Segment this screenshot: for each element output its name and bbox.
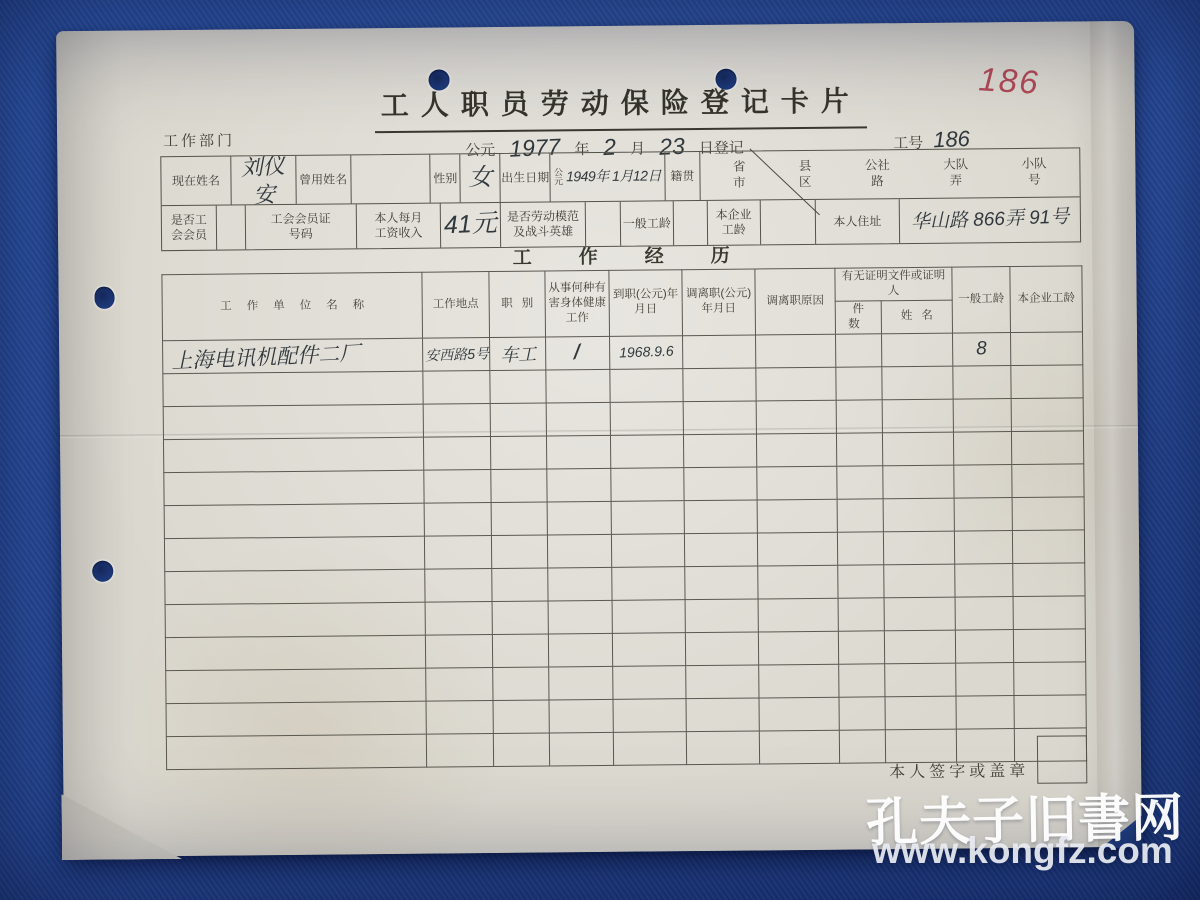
work-history-cell: [683, 335, 756, 369]
work-history-cell: [1013, 596, 1085, 630]
work-history-cell: [837, 466, 883, 499]
work-history-cell: [492, 601, 548, 635]
work-history-cell: [884, 630, 955, 664]
work-history-cell: [163, 437, 423, 472]
work-history-cell: [838, 631, 884, 664]
col-work-place: 工作地点: [422, 272, 490, 338]
work-history-cell: [759, 664, 839, 698]
work-history-cell: [549, 732, 613, 766]
work-history-cell: [424, 502, 491, 536]
work-history-cell: [758, 631, 838, 665]
work-history-cell: [1012, 497, 1084, 531]
origin-province-city: 省市: [733, 160, 746, 191]
col-general-seniority: 一般工龄: [952, 267, 1011, 333]
work-history-cell: [956, 695, 1014, 729]
work-history-cell: [164, 503, 424, 538]
work-department-label: 工作部门: [163, 129, 235, 151]
address-label: 本人住址: [815, 199, 900, 244]
seniority-value: [674, 201, 708, 245]
work-history-cell: [1013, 629, 1085, 663]
col-unit-name: 工作单位名称: [162, 272, 423, 340]
work-history-cell: [426, 733, 493, 767]
work-history-cell: [493, 700, 549, 734]
col-duty: 职别: [489, 271, 546, 337]
work-history-cell: [838, 565, 884, 598]
work-history-cell: [836, 334, 882, 367]
work-history-cell: 8: [952, 332, 1010, 366]
work-history-cell: [758, 565, 838, 599]
paper-fold-corner: [61, 793, 182, 860]
work-history-cell: [611, 467, 684, 501]
work-history-cell: [684, 533, 757, 567]
work-history-cell: [757, 466, 837, 500]
work-history-cell: /: [546, 336, 610, 370]
work-history-cell: [166, 701, 426, 736]
work-history-cell: [836, 367, 882, 400]
work-history-cell: [490, 436, 546, 470]
work-history-cell: [165, 635, 425, 670]
work-history-cell: [836, 400, 882, 433]
work-history-cell: [954, 464, 1012, 498]
punch-hole-icon: [92, 561, 113, 582]
work-history-cell: [758, 598, 838, 632]
model-worker-label: 是否劳动模范及战斗英雄: [501, 202, 586, 247]
work-history-cell: [684, 467, 757, 501]
work-history-table: 工作单位名称 工作地点 职别 从事何种有害身体健康工作 到职(公元)年月日 调离…: [161, 265, 1087, 770]
work-history-cell: [759, 697, 839, 731]
work-history-cell: [491, 469, 547, 503]
work-history-cell: [1013, 563, 1085, 597]
work-history-cell: [165, 569, 425, 604]
work-history-cell: [756, 433, 836, 467]
work-history-cell: [611, 533, 684, 567]
work-history-cell: [548, 600, 612, 634]
work-history-cell: [610, 434, 683, 468]
work-history-cell: [164, 536, 424, 571]
work-history-cell: [882, 366, 953, 400]
work-history-cell: [546, 369, 610, 403]
work-history-cell: [1010, 332, 1082, 366]
info-row-1: 现在姓名 刘仪安 曾用姓名 性别 女 出生日期 公元 1949年 1月12日 籍…: [161, 148, 1079, 206]
wage-value: 41元: [441, 203, 501, 248]
work-history-cell: [955, 563, 1013, 597]
work-history-cell: [757, 532, 837, 566]
work-history-cell: [683, 401, 756, 435]
work-history-cell: [491, 502, 547, 536]
work-history-cell: [685, 599, 758, 633]
col-proof-name: 姓名: [881, 300, 952, 334]
work-history-cell: [955, 596, 1013, 630]
work-history-cell: [612, 632, 685, 666]
punch-hole-icon: [95, 287, 115, 309]
work-history-cell: 安西路5号: [423, 337, 490, 371]
origin-commune-road: 公社路: [865, 159, 890, 190]
work-history-cell: [837, 532, 883, 565]
work-history-cell: [166, 734, 426, 769]
work-history-cell: [883, 531, 954, 565]
work-history-cell: [549, 699, 613, 733]
work-history-cell: [882, 333, 953, 367]
personal-info-table: 现在姓名 刘仪安 曾用姓名 性别 女 出生日期 公元 1949年 1月12日 籍…: [160, 147, 1081, 251]
work-history-cell: [613, 731, 686, 765]
work-history-cell: [425, 568, 492, 602]
work-history-cell: [548, 633, 612, 667]
work-history-cell: [686, 731, 759, 765]
work-history-cell: [1011, 431, 1083, 465]
union-member-label: 是否工会会员: [162, 206, 217, 251]
work-history-cell: [426, 700, 493, 734]
name-label: 现在姓名: [161, 157, 231, 206]
union-member-value: [217, 205, 246, 249]
work-history-cell: [546, 402, 610, 436]
work-history-cell: [425, 601, 492, 635]
birth-value: 公元 1949年 1月12日: [550, 152, 665, 201]
work-history-cell: [546, 435, 610, 469]
watermark-site-url: www.kongfz.com: [872, 830, 1173, 872]
work-history-cell: [493, 667, 549, 701]
work-history-cell: [756, 400, 836, 434]
work-history-cell: [953, 365, 1011, 399]
work-history-cell: [610, 368, 683, 402]
work-history-cell: [166, 668, 426, 703]
col-leave-reason: 调离职原因: [755, 268, 836, 335]
work-history-cell: [885, 696, 956, 730]
work-history-cell: [1011, 365, 1083, 399]
work-history-cell: [838, 598, 884, 631]
work-history-cell: [1012, 530, 1084, 564]
sex-label: 性别: [431, 154, 461, 202]
col-harmful-work: 从事何种有害身体健康工作: [545, 270, 610, 336]
work-history-cell: [490, 370, 546, 404]
work-history-cell: [685, 632, 758, 666]
origin-brigade-lane: 大队弄: [943, 158, 968, 189]
work-history-cell: [757, 499, 837, 533]
work-history-cell: [683, 434, 756, 468]
work-history-cell: [493, 733, 549, 767]
work-history-cell: [685, 566, 758, 600]
work-history-cell: [491, 535, 547, 569]
work-history-cell: [547, 534, 611, 568]
work-history-cell: [839, 697, 885, 730]
work-history-cell: [165, 602, 425, 637]
work-history-cell: [423, 403, 490, 437]
work-history-cell: [426, 667, 493, 701]
work-history-cell: [163, 404, 423, 439]
wage-label: 本人每月工资收入: [356, 204, 441, 249]
work-history-cell: [1014, 695, 1086, 729]
work-history-cell: [837, 499, 883, 532]
union-card-label: 工会会员证号码: [246, 204, 357, 249]
work-history-body: 上海电讯机配件二厂安西路5号车工/1968.9.68: [163, 332, 1087, 770]
company-seniority-label: 本企业工龄: [708, 200, 761, 245]
work-history-cell: [424, 469, 491, 503]
work-history-cell: [756, 334, 836, 368]
work-history-cell: [611, 500, 684, 534]
sex-value: 女: [461, 154, 501, 202]
col-proof-count: 件数: [835, 301, 881, 334]
work-history-cell: [839, 730, 885, 763]
work-history-cell: [759, 730, 839, 764]
name-value: 刘仪安: [231, 156, 296, 205]
work-history-cell: [612, 566, 685, 600]
photo-background: 工作部门 工人职员劳动保险登记卡片 公元 1977 年 2 月 23 日登记 工…: [0, 0, 1200, 900]
work-history-cell: [954, 530, 1012, 564]
work-history-cell: [1012, 464, 1084, 498]
work-history-cell: [423, 436, 490, 470]
work-history-cell: [164, 470, 424, 505]
work-history-cell: [423, 370, 490, 404]
red-corner-number: 186: [977, 60, 1040, 102]
work-history-cell: [547, 501, 611, 535]
work-history-cell: [882, 399, 953, 433]
work-history-cell: [884, 564, 955, 598]
col-leave-date: 调离职(公元)年月日: [682, 269, 756, 335]
work-history-cell: [613, 698, 686, 732]
work-history-cell: [492, 634, 548, 668]
work-history-cell: [953, 398, 1011, 432]
work-history-cell: [163, 371, 423, 406]
work-history-cell: [425, 634, 492, 668]
work-history-cell: [839, 664, 885, 697]
work-history-cell: [492, 568, 548, 602]
former-name-value: [351, 155, 431, 204]
work-history-cell: [954, 497, 1012, 531]
work-history-cell: [612, 599, 685, 633]
work-history-cell: [683, 368, 756, 402]
work-history-cell: 上海电讯机配件二厂: [163, 338, 423, 373]
origin-team-number: 小队号: [1022, 157, 1047, 188]
work-history-cell: [956, 662, 1014, 696]
work-history-cell: [1014, 662, 1086, 696]
address-value: 华山路 866弄 91号: [900, 197, 1080, 243]
work-history-cell: [549, 666, 613, 700]
work-history-cell: [953, 431, 1011, 465]
work-history-cell: [686, 698, 759, 732]
col-proof-group: 有无证明文件或证明人: [835, 267, 952, 301]
work-history-cell: [884, 597, 955, 631]
work-history-cell: [756, 367, 836, 401]
paper-crinkle: [1090, 21, 1128, 847]
registration-card-paper: 工作部门 工人职员劳动保险登记卡片 公元 1977 年 2 月 23 日登记 工…: [56, 21, 1142, 857]
col-start-date: 到职(公元)年月日: [609, 270, 683, 336]
page-title: 工人职员劳动保险登记卡片: [375, 79, 867, 133]
model-worker-value: [586, 202, 621, 246]
birth-label: 出生日期: [501, 153, 551, 201]
work-history-cell: [548, 567, 612, 601]
origin-label: 籍贯: [665, 152, 700, 200]
work-history-cell: [882, 432, 953, 466]
work-history-cell: [684, 500, 757, 534]
work-history-cell: [490, 403, 546, 437]
work-history-cell: [1011, 398, 1083, 432]
work-history-cell: [686, 665, 759, 699]
work-history-cell: 1968.9.6: [610, 335, 683, 369]
work-history-cell: [955, 629, 1013, 663]
company-seniority-value: [760, 200, 815, 245]
work-history-cell: 车工: [490, 337, 546, 371]
work-history-cell: [547, 468, 611, 502]
work-history-cell: [883, 465, 954, 499]
work-history-cell: [836, 433, 882, 466]
seniority-label: 一般工龄: [621, 201, 674, 246]
work-history-cell: [613, 665, 686, 699]
work-history-cell: [883, 498, 954, 532]
col-company-seniority: 本企业工龄: [1010, 266, 1083, 332]
work-history-cell: [885, 663, 956, 697]
work-history-cell: [610, 401, 683, 435]
work-history-cell: [424, 535, 491, 569]
former-name-label: 曾用姓名: [296, 155, 351, 204]
origin-county-district: 县区: [799, 159, 812, 190]
birth-era-prefix: 公元: [554, 168, 563, 187]
